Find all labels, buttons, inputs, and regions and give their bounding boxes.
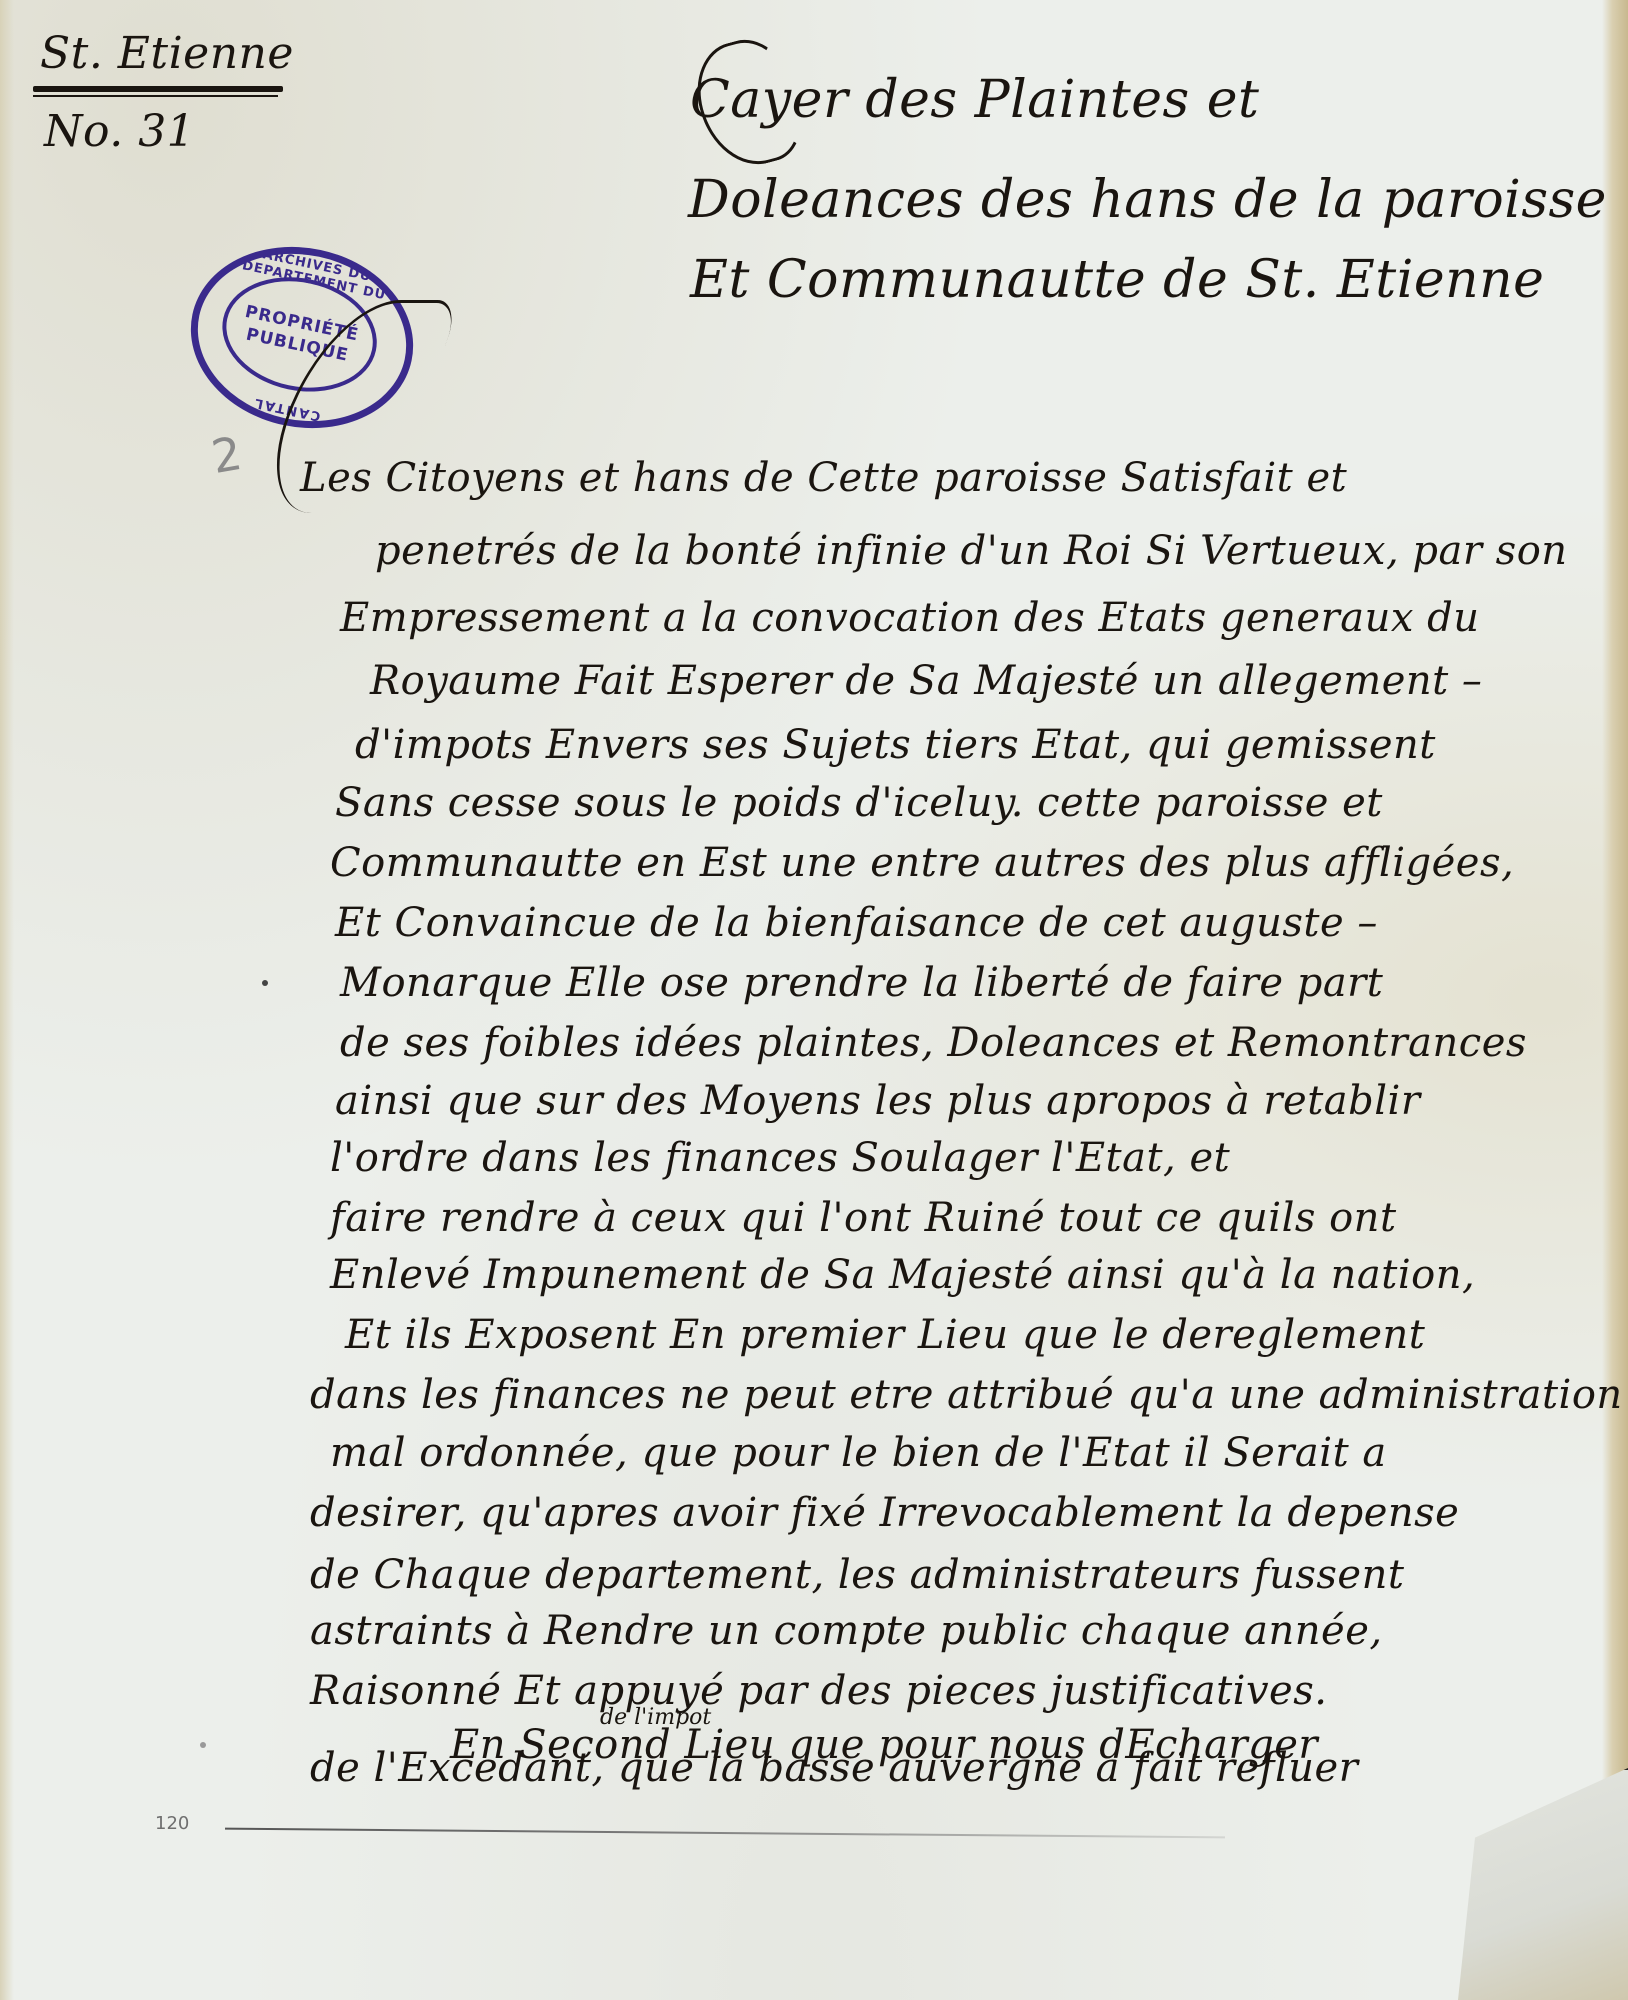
body-line-21: Raisonné Et appuyé par des pieces justif… [310, 1668, 1327, 1714]
body-line-13: faire rendre à ceux qui l'ont Ruiné tout… [330, 1195, 1397, 1241]
document-page: St. Etienne No. 31 Cayer des Plaintes et… [0, 0, 1628, 2000]
margin-pencil-note: 120 [155, 1813, 189, 1834]
paper-edge-left [0, 0, 14, 2000]
folded-paper-corner [1458, 1768, 1628, 2000]
pencil-page-mark: 2 [208, 426, 246, 484]
body-line-14: Enlevé Impunement de Sa Majesté ainsi qu… [330, 1252, 1475, 1298]
paper-edge-right [1602, 0, 1628, 2000]
body-line-15: Et ils Exposent En premier Lieu que le d… [345, 1312, 1425, 1358]
margin-ink-dot [262, 980, 268, 986]
body-line-16: dans les finances ne peut etre attribué … [310, 1372, 1623, 1418]
body-line-18: desirer, qu'apres avoir fixé Irrevocable… [310, 1490, 1459, 1536]
body-line-6: Sans cesse sous le poids d'iceluy. cette… [335, 780, 1383, 826]
body-line-10: de ses foibles idées plaintes, Doleances… [340, 1020, 1527, 1066]
corner-divider-thin [33, 95, 278, 97]
end-of-text-rule [225, 1828, 1225, 1839]
interlinear-insertion: de l'impot [600, 1705, 711, 1730]
title-line-2: Doleances des hans de la paroisse [688, 170, 1607, 230]
body-line-11: ainsi que sur des Moyens les plus apropo… [335, 1078, 1420, 1124]
body-line-4: Royaume Fait Esperer de Sa Majesté un al… [370, 658, 1482, 704]
title-line-3: Et Communautte de St. Etienne [690, 250, 1544, 310]
corner-number: No. 31 [44, 106, 195, 157]
margin-pinhole [200, 1742, 206, 1748]
corner-divider [33, 86, 283, 92]
body-line-23: de l'Excedant, que la basse auvergne a f… [310, 1745, 1358, 1791]
body-line-9: Monarque Elle ose prendre la liberté de … [340, 960, 1383, 1006]
body-line-2: penetrés de la bonté infinie d'un Roi Si… [375, 528, 1568, 574]
body-line-12: l'ordre dans les finances Soulager l'Eta… [330, 1135, 1230, 1181]
corner-label: St. Etienne [40, 28, 294, 79]
body-line-19: de Chaque departement, les administrateu… [310, 1552, 1404, 1598]
body-line-1: Les Citoyens et hans de Cette paroisse S… [300, 455, 1347, 501]
body-line-20: astraints à Rendre un compte public chaq… [310, 1608, 1383, 1654]
body-line-7: Communautte en Est une entre autres des … [330, 840, 1514, 886]
body-line-17: mal ordonnée, que pour le bien de l'Etat… [330, 1430, 1387, 1476]
title-line-1: Cayer des Plaintes et [690, 70, 1259, 130]
body-line-5: d'impots Envers ses Sujets tiers Etat, q… [355, 722, 1436, 768]
body-line-3: Empressement a la convocation des Etats … [340, 595, 1479, 641]
body-line-8: Et Convaincue de la bienfaisance de cet … [335, 900, 1378, 946]
